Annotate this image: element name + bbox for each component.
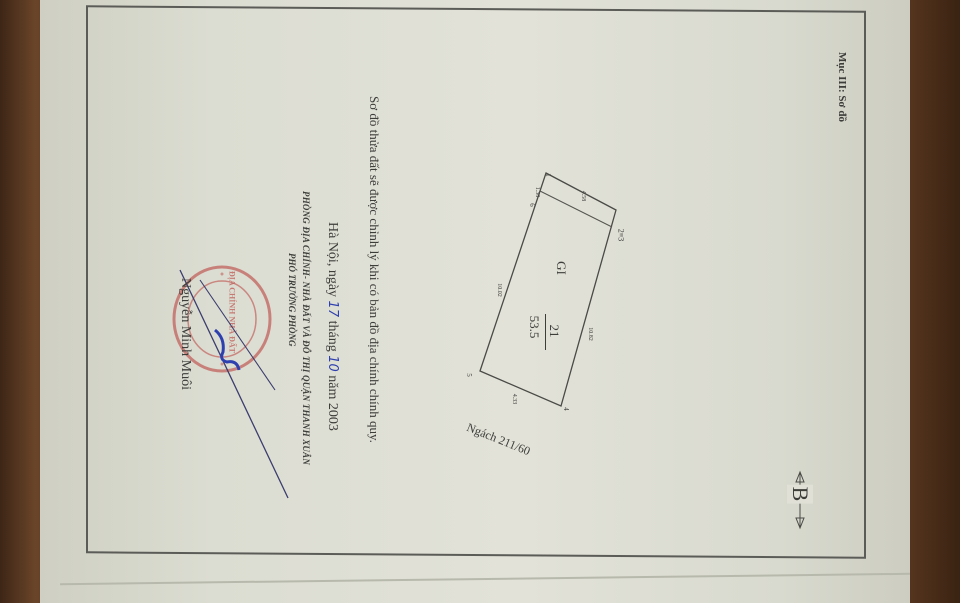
plot-area: 53.5 [526,316,542,339]
fraction-line [545,314,546,350]
date-line: Hà Nội, ngày 17 tháng 10 năm 2003 [324,222,340,431]
corner-1: 1 [544,173,552,177]
left-edge-dimension: 10.02 [496,283,502,297]
plot-code: GI [553,261,569,275]
date-month: 10 [325,355,340,372]
compass-label: B [787,485,813,504]
date-day: 17 [325,301,340,318]
corner-4: 4 [562,407,570,411]
plot-strip-line [540,191,612,227]
signer-name: Nguyễn Minh Muôi [177,278,193,390]
corner-5: 5 [465,373,473,377]
parcel-number: 21 [546,325,562,338]
department-name: PHÒNG ĐỊA CHÍNH- NHÀ ĐẤT VÀ ĐÔ THỊ QUẬN … [301,191,311,465]
date-year-label: năm [325,375,340,399]
corner-2-3: 2≡3 [617,229,626,242]
date-year: 2003 [325,403,340,431]
date-month-label: tháng [325,321,340,352]
short-edge-dimension: 1.38 [534,187,540,198]
section-title: Mục III: Sơ đồ [836,52,848,122]
top-edge-dimension: 4.58 [580,191,586,202]
bottom-edge-dimension: 4.33 [511,394,517,405]
note-text: Sơ đồ thửa đất sẽ được chỉnh lý khi có b… [366,96,382,443]
date-prefix: Hà Nội, ngày [325,222,340,297]
corner-6: 6 [528,203,536,207]
land-plot-diagram [440,150,640,450]
right-edge-dimension: 10.82 [587,327,593,341]
